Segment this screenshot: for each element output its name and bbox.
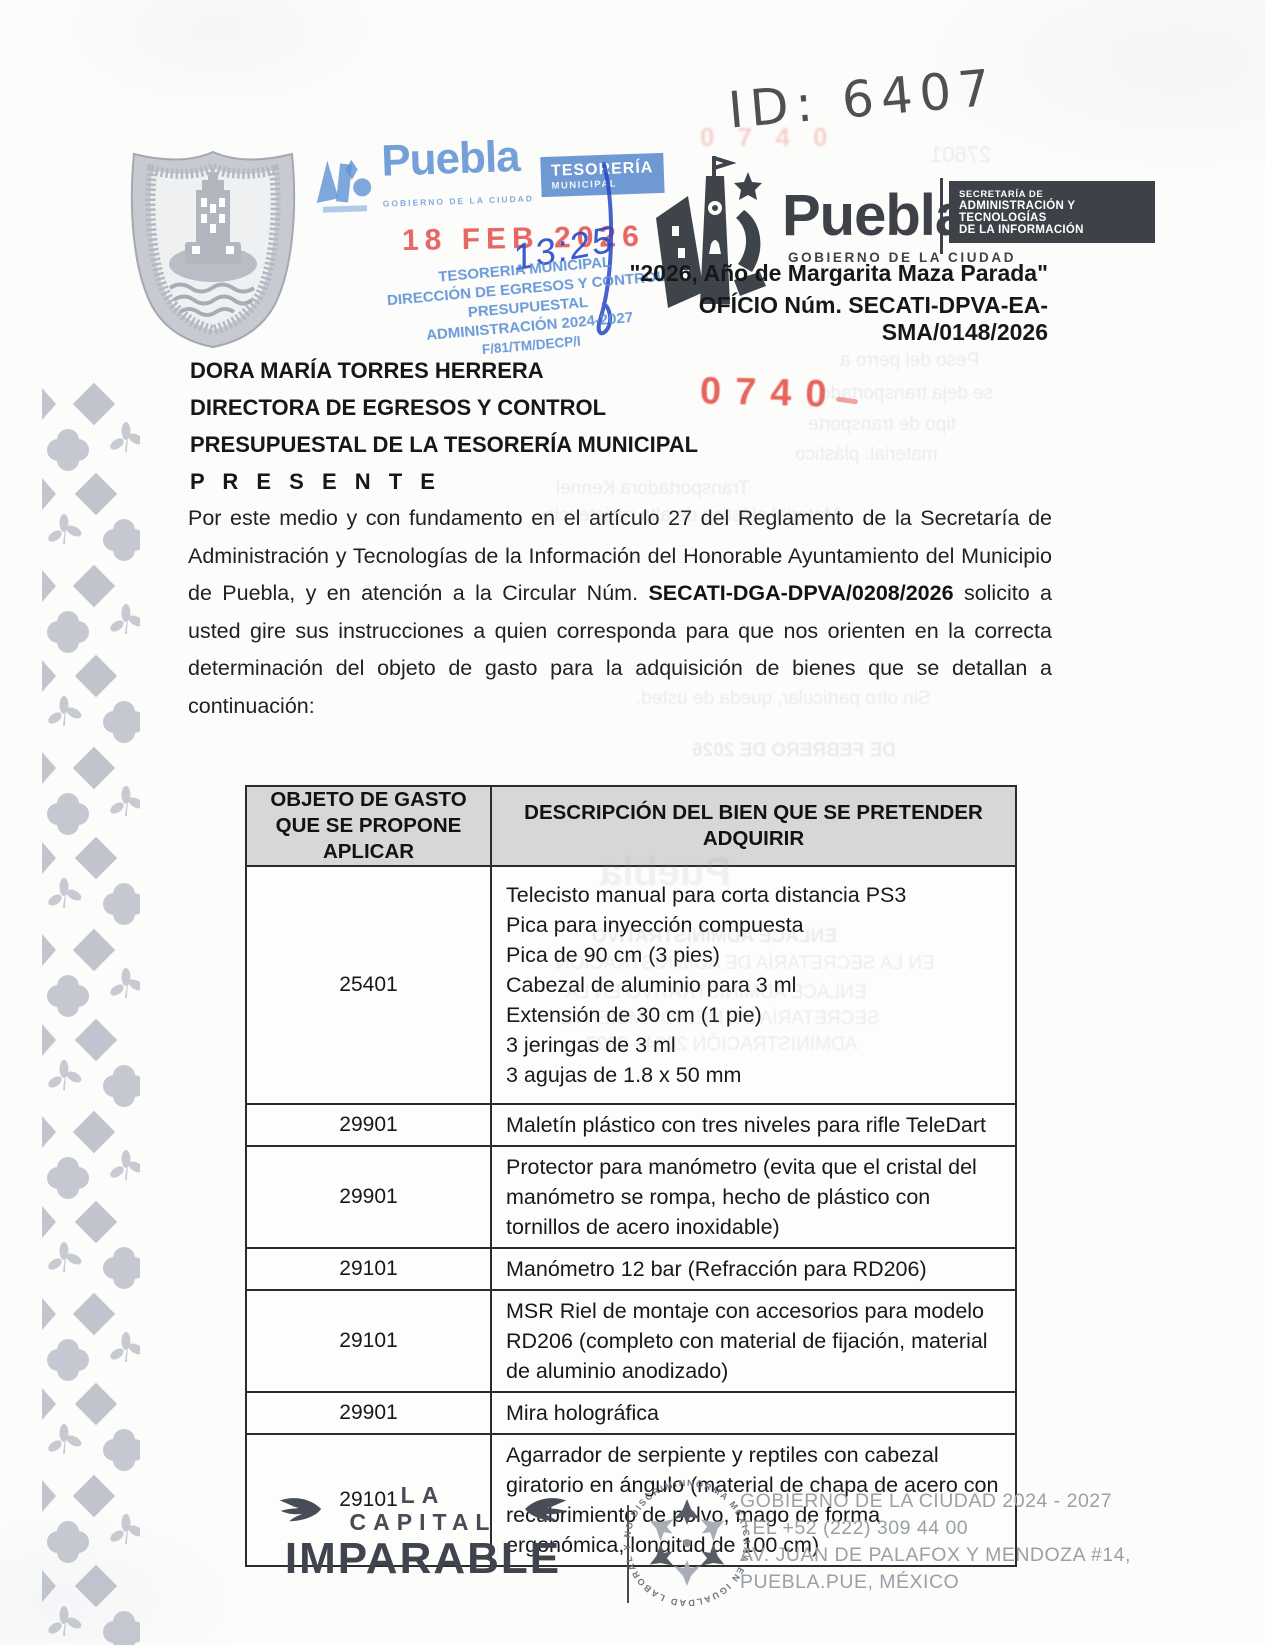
wing-right-icon: [525, 1494, 568, 1524]
expense-code: 29901: [247, 1105, 492, 1145]
addressee-name: DORA MARÍA TORRES HERRERA: [190, 352, 698, 389]
footer-government: GOBIERNO DE LA CIUDAD 2024 - 2027: [740, 1488, 1131, 1515]
item-description: MSR Riel de montaje con accesorios para …: [492, 1291, 1015, 1391]
ghost-text: ENLACE ADMINISTRATIVO EN LA: [566, 982, 867, 1004]
ghost-text: DE FEBRERO DE 2026: [692, 740, 896, 762]
footer-phone: TEL +52 (222) 309 44 00: [740, 1515, 1131, 1542]
expense-code: 25401: [247, 867, 492, 1103]
brand-divider: [940, 178, 943, 254]
table-row: 29901 Protector para manómetro (evita qu…: [247, 1145, 1015, 1247]
oficio-number: OFÍCIO Núm. SECATI-DPVA-EA-SMA/0148/2026: [560, 292, 1048, 346]
footer-city: PUEBLA.PUE, MÉXICO: [740, 1569, 1131, 1596]
talavera-icons-blue: [311, 149, 375, 219]
table-row: 29901 Maletín plástico con tres niveles …: [247, 1103, 1015, 1145]
table-header-col2: DESCRIPCIÓN DEL BIEN QUE SE PRETENDER AD…: [492, 787, 1015, 865]
ghost-text: Transportadora Kennel: [556, 478, 750, 500]
la-capital-imparable-logo: LA CAPITAL IMPARABLE: [278, 1482, 568, 1584]
puebla-wordmark: Puebla: [782, 182, 966, 249]
city-crest-icon: [122, 146, 304, 353]
circular-number: SECATI-DGA-DPVA/0208/2026: [648, 581, 953, 605]
expense-code: 29101: [247, 1291, 492, 1391]
ghost-text: material: plástico: [795, 444, 938, 466]
item-description: Protector para manómetro (evita que el c…: [492, 1147, 1015, 1247]
ghost-text: 27601: [930, 142, 991, 168]
table-header-col1: OBJETO DE GASTO QUE SE PROPONE APLICAR: [247, 787, 492, 865]
ghost-text: ADMINISTRACIÓN 2024 - 2027: [586, 1034, 857, 1056]
ghost-text: EN LA SECRETARÍA DE ADMINISTRACIÓN: [556, 953, 935, 975]
expense-code: 29901: [247, 1147, 492, 1247]
year-legend: "2026, Año de Margarita Maza Parada": [560, 260, 1048, 287]
blue-stamp-wordmark: Puebla GOBIERNO DE LA CIUDAD: [381, 136, 535, 223]
wing-left-icon: [278, 1494, 321, 1524]
ghost-text: Peso del perro a: [840, 350, 979, 372]
expense-code: 29101: [247, 1249, 492, 1289]
svg-text:NORMA MEXICANA EN IGUALDAD LAB: NORMA MEXICANA EN IGUALDAD LABORAL Y NO …: [612, 1468, 752, 1608]
table-row: 29101 Manómetro 12 bar (Refracción para …: [247, 1247, 1015, 1289]
ghost-text: Material plástico de alta resistencia: [544, 505, 840, 527]
secretariat-box: SECRETARÍA DE ADMINISTRACIÓN Y TECNOLOGÍ…: [949, 181, 1155, 243]
ghost-text: SECRETARÍA DE MEDIO AMBIENTE: [560, 1008, 880, 1030]
expense-code: 29901: [247, 1393, 492, 1433]
item-description: Mira holográfica: [492, 1393, 1015, 1433]
item-description: Manómetro 12 bar (Refracción para RD206): [492, 1249, 1015, 1289]
table-row: 29901 Mira holográfica: [247, 1391, 1015, 1433]
item-description: Maletín plástico con tres niveles para r…: [492, 1105, 1015, 1145]
table-row: 29101 MSR Riel de montaje con accesorios…: [247, 1289, 1015, 1391]
talavera-border-pattern: [36, 382, 140, 1645]
ghost-red-stamp: 0 7 4 0: [700, 122, 836, 153]
addressee-title-1: DIRECTORA DE EGRESOS Y CONTROL: [190, 389, 698, 426]
ghost-text: se deja transportado: [820, 383, 993, 405]
ghost-text: tipo de transporte: [808, 414, 956, 436]
ghost-text: ENLACE ADMINISTRATIVO: [592, 926, 837, 948]
addressee-title-2: PRESUPUESTAL DE LA TESORERÍA MUNICIPAL: [190, 426, 698, 463]
footer-address-block: GOBIERNO DE LA CIUDAD 2024 - 2027 TEL +5…: [740, 1488, 1131, 1596]
footer-street: AV. JUAN DE PALAFOX Y MENDOZA #14,: [740, 1542, 1131, 1569]
scanned-letter-page: ID: 6407 Pueb: [0, 0, 1265, 1645]
goods-table: OBJETO DE GASTO QUE SE PROPONE APLICAR D…: [245, 785, 1017, 1567]
ghost-logo: Puebla: [600, 850, 731, 895]
ghost-text: Sin otro particular, queda de usted.: [636, 688, 931, 710]
